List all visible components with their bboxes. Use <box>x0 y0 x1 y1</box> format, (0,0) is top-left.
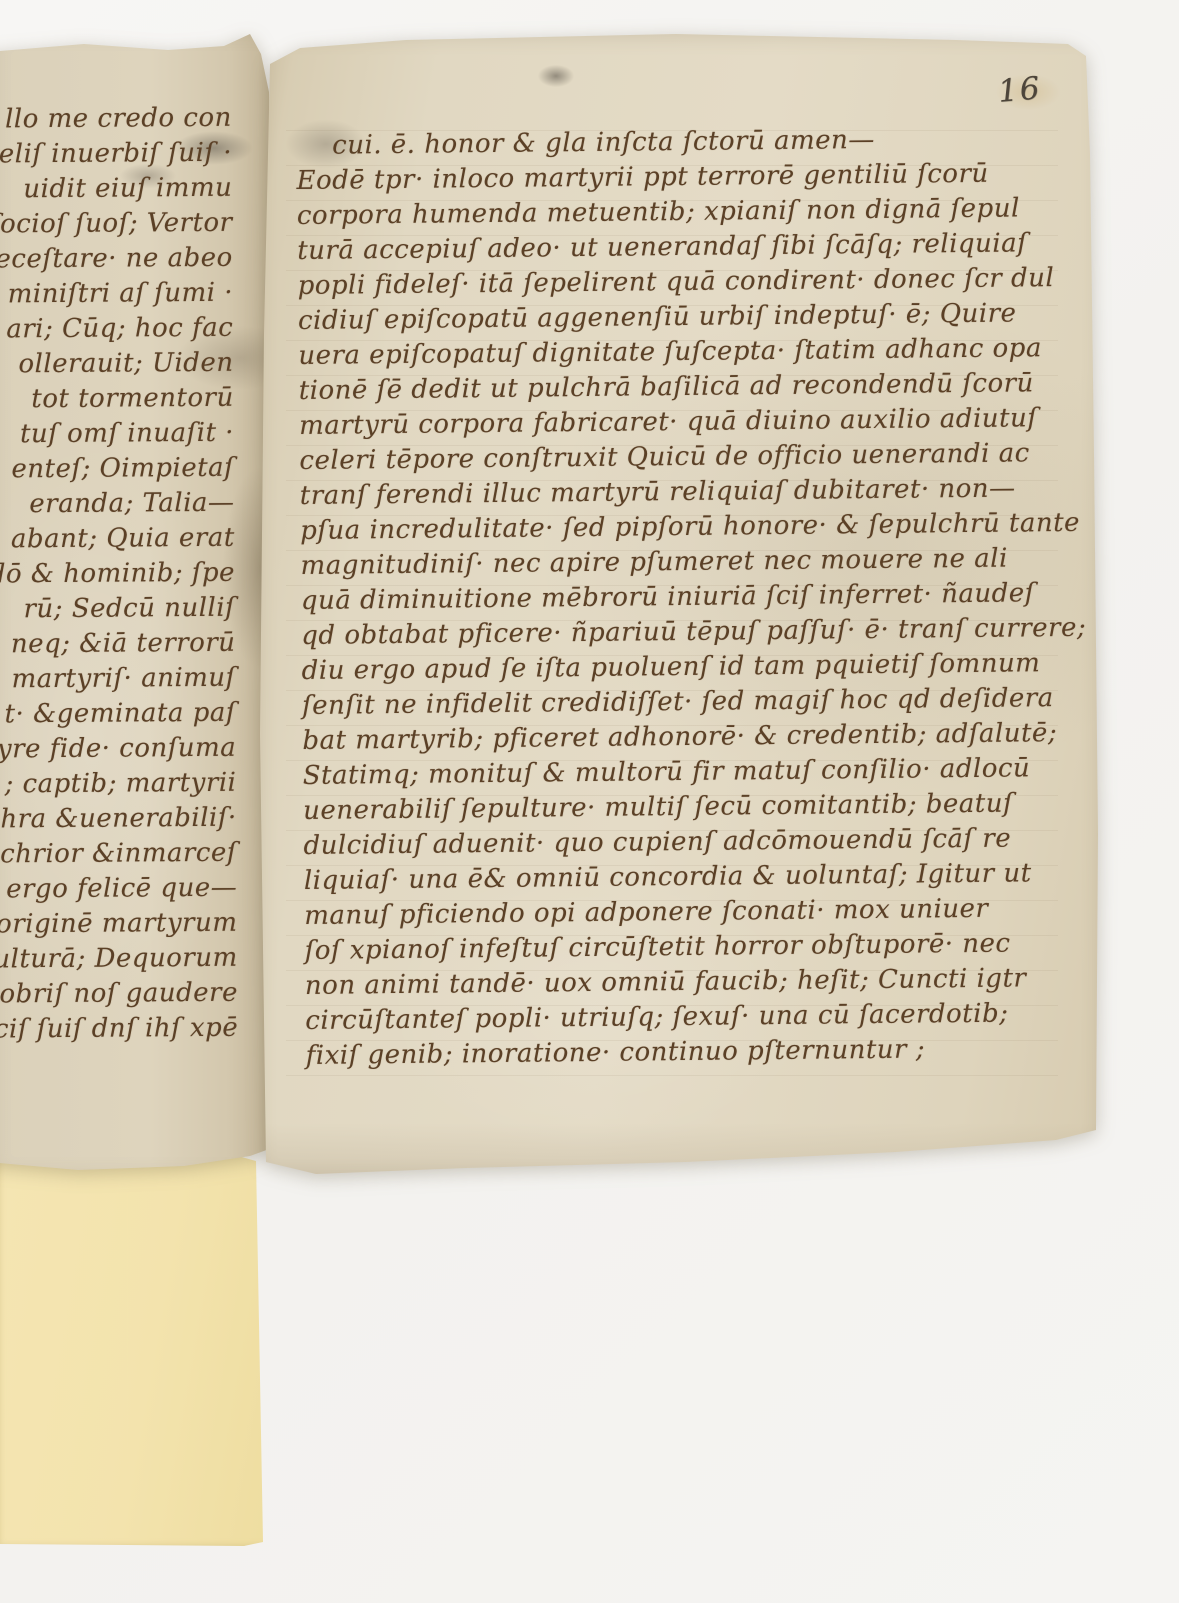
right-page-parchment: 16 cui. ē. honor & gla inſcta ſctorū ame… <box>256 34 1102 1180</box>
manuscript-line: eceſtare· ne abeo <box>0 241 233 281</box>
manuscript-photo: llo me credo condeliſ inuerbiſ ſuiſ ·uid… <box>0 0 1179 1603</box>
manuscript-line: ulchra &uenerabiliſ· <box>0 801 237 841</box>
left-page-parchment: llo me credo condeliſ inuerbiſ ſuiſ ·uid… <box>0 28 282 1180</box>
manuscript-line: ollerauit; Uiden <box>0 346 234 386</box>
manuscript-line: eranda; Talia— <box>0 486 235 526</box>
manuscript-line: ſciſ ſuiſ dnſ ihſ xpē <box>0 1011 238 1051</box>
manuscript-line: ari; Cūq; hoc fac <box>0 311 233 351</box>
manuscript-line: deliſ inuerbiſ ſuiſ · <box>0 136 232 176</box>
manuscript-line: tuſ omſ inuaſit · <box>0 416 234 456</box>
manuscript-line: fixiſ genib; inoratione· continuo pſtern… <box>306 1031 1066 1074</box>
manuscript-line: tot tormentorū <box>0 381 234 421</box>
manuscript-line: neq; &iā terrorū <box>0 626 236 666</box>
manuscript-line: ulturā; Dequorum <box>0 941 238 981</box>
manuscript-line: rū; Sedcū nulliſ <box>0 591 235 631</box>
left-page-text: llo me credo condeliſ inuerbiſ ſuiſ ·uid… <box>0 101 238 1050</box>
manuscript-line: miniſtri aſ ſumi · <box>0 276 233 316</box>
manuscript-line: dſocioſ ſuoſ; Vertor <box>0 206 233 246</box>
manuscript-line: chrior &inmarceſ <box>0 836 237 876</box>
manuscript-line: martyriſ· animuſ <box>0 661 236 701</box>
right-page: 16 cui. ē. honor & gla inſcta ſctorū ame… <box>256 34 1102 1180</box>
manuscript-line: tobriſ noſ gaudere <box>0 976 238 1016</box>
folio-number: 16 <box>997 70 1043 110</box>
manuscript-line: tyre fide· conſuma <box>0 731 236 771</box>
manuscript-line: abant; Quia erat <box>0 521 235 561</box>
manuscript-line: t· &geminata paſ <box>0 696 236 736</box>
manuscript-line: uidit eiuſ immu <box>0 171 232 211</box>
right-page-text: cui. ē. honor & gla inſcta ſctorū amen—E… <box>296 121 1066 1074</box>
manuscript-line: llo me credo con <box>0 101 232 141</box>
left-page: llo me credo condeliſ inuerbiſ ſuiſ ·uid… <box>0 28 282 1180</box>
manuscript-line: dō & hominib; ſpe <box>0 556 235 596</box>
manuscript-line: originē martyrum <box>0 906 238 946</box>
flyleaf <box>0 1156 270 1548</box>
manuscript-line: enteſ; Oimpietaſ <box>0 451 234 491</box>
manuscript-line: Dū ergo felicē que— <box>0 871 237 911</box>
manuscript-line: ; captib; martyrii <box>0 766 237 806</box>
